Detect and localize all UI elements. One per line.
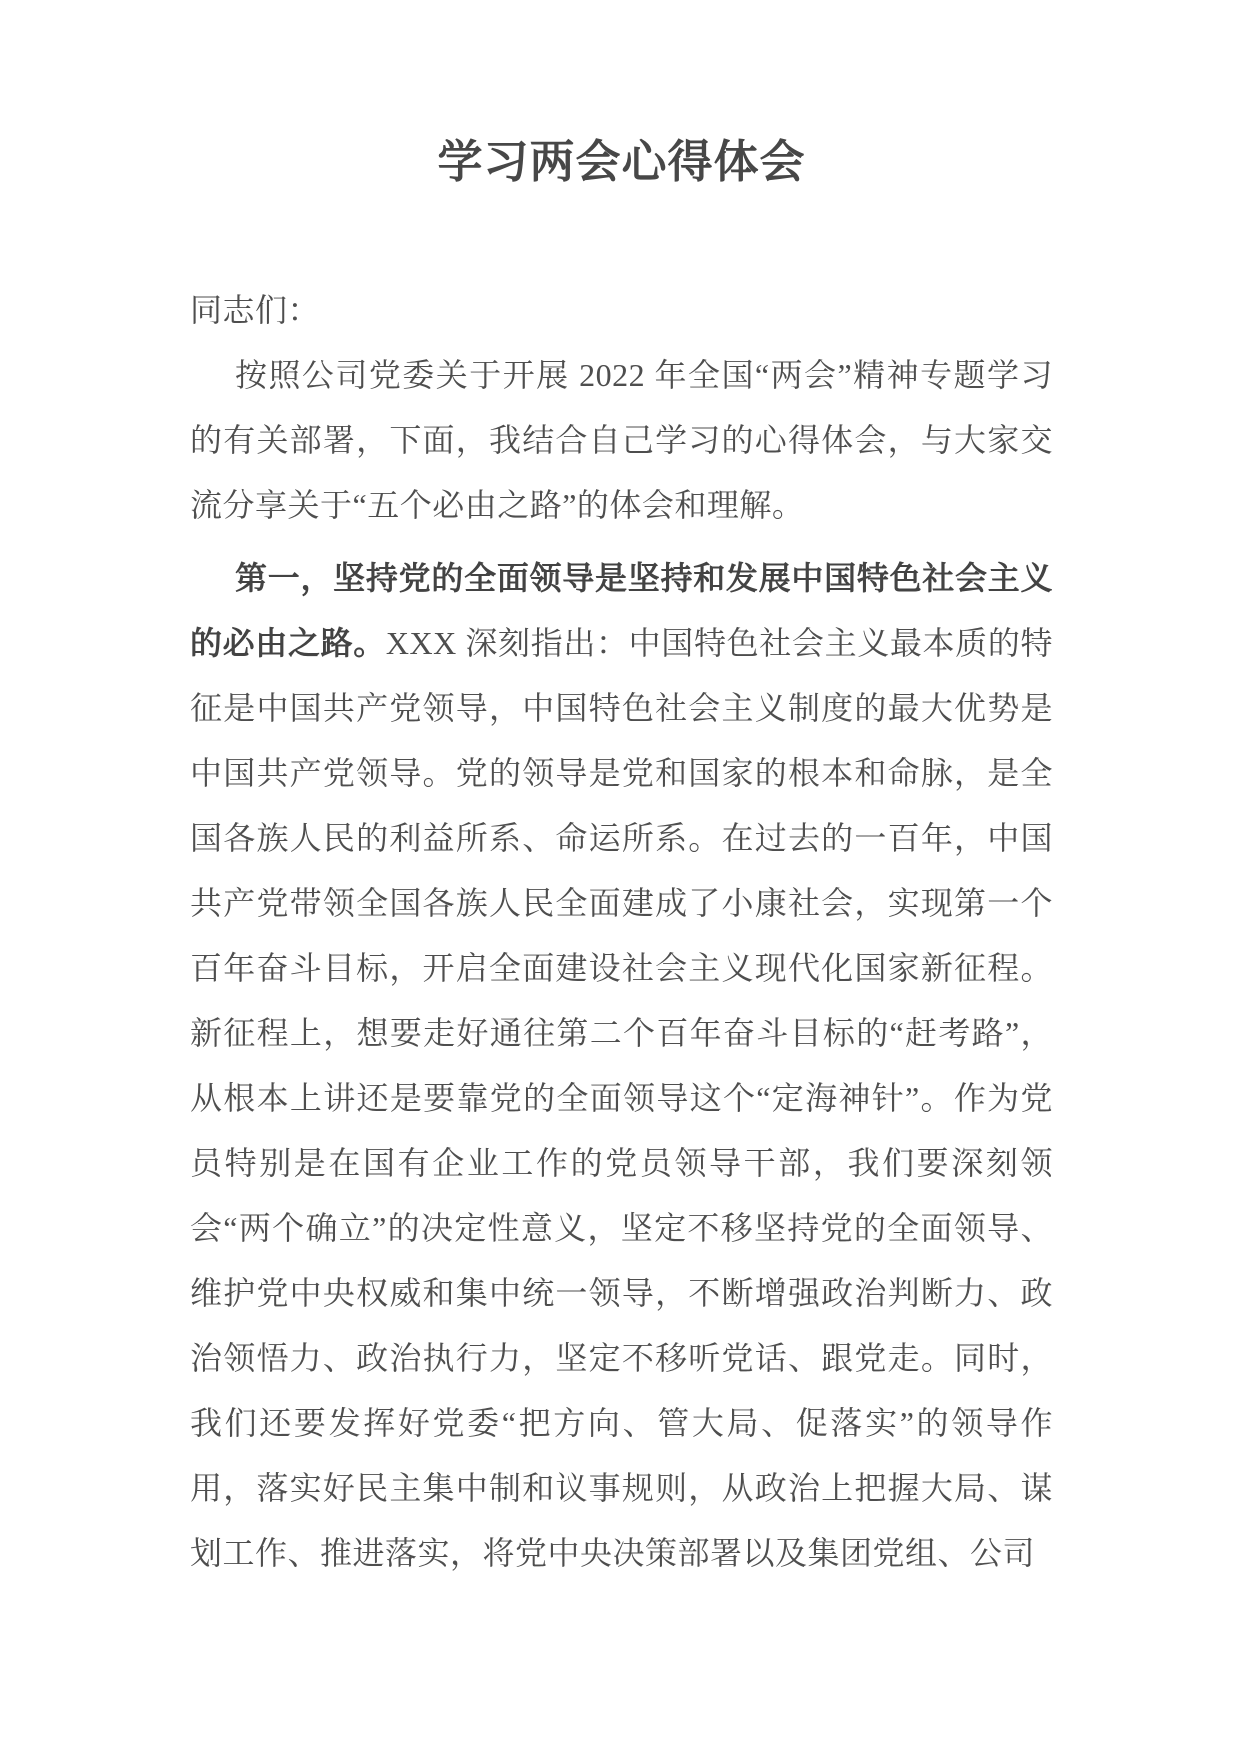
document-body: 同志们：按照公司党委关于开展 2022 年全国“两会”精神专题学习的有关部署，下… (190, 278, 1053, 1586)
document-page: 学习两会心得体会 同志们：按照公司党委关于开展 2022 年全国“两会”精神专题… (0, 0, 1241, 1755)
paragraph: 按照公司党委关于开展 2022 年全国“两会”精神专题学习的有关部署，下面，我结… (190, 343, 1053, 538)
text-run: XXX 深刻指出：中国特色社会主义最本质的特征是中国共产党领导，中国特色社会主义… (190, 625, 1053, 1571)
document-title: 学习两会心得体会 (190, 132, 1053, 192)
text-run: 按照公司党委关于开展 2022 年全国“两会”精神专题学习的有关部署，下面，我结… (190, 357, 1053, 523)
text-run: 同志们： (190, 292, 320, 328)
paragraph: 同志们： (190, 278, 1053, 343)
section-paragraph: 第一，坚持党的全面领导是坚持和发展中国特色社会主义的必由之路。XXX 深刻指出：… (190, 546, 1053, 1586)
